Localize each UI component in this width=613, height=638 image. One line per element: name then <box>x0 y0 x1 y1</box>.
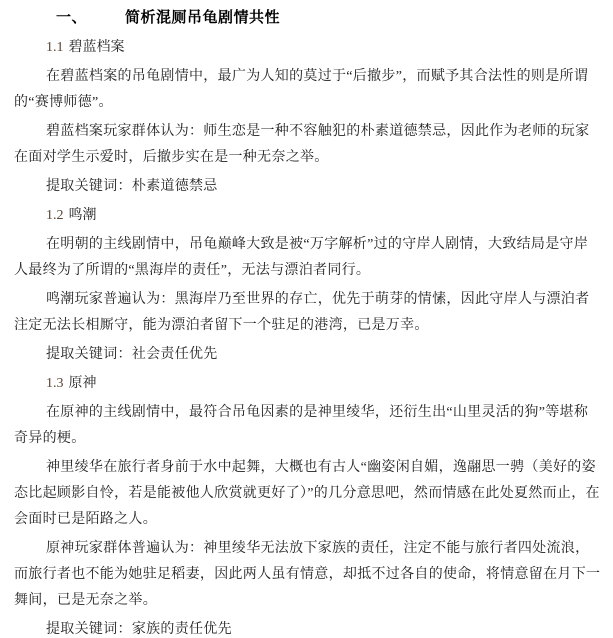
section-heading-mingchao: 1.2鸣潮 <box>14 203 601 229</box>
keyword-label: 提取关键词： <box>46 179 132 194</box>
section-heading-yuanshen: 1.3原神 <box>14 371 601 397</box>
paragraph: 在原神的主线剧情中，最符合吊龟因素的是神里绫华，还衍生出“山里灵活的狗”等堪称奇… <box>14 400 601 452</box>
section-number: 1.1 <box>46 40 64 55</box>
keyword-value: 朴素道德禁忌 <box>132 179 218 194</box>
keyword-line: 提取关键词：朴素道德禁忌 <box>14 174 601 200</box>
keyword-label: 提取关键词： <box>46 347 132 362</box>
document-heading: 一、简析混厕吊龟剧情共性 <box>14 5 601 31</box>
document-page: 一、简析混厕吊龟剧情共性 1.1碧蓝档案 在碧蓝档案的吊龟剧情中，最广为人知的莫… <box>0 0 613 638</box>
keyword-label: 提取关键词： <box>46 622 132 637</box>
document-heading-text: 简析混厕吊龟剧情共性 <box>125 10 280 26</box>
keyword-line: 提取关键词：社会责任优先 <box>14 342 601 368</box>
paragraph: 神里绫华在旅行者身前于水中起舞，大概也有古人“幽姿闲自媚，逸翮思一骋（美好的姿态… <box>14 455 601 533</box>
keyword-value: 社会责任优先 <box>132 347 218 362</box>
document-heading-number: 一、 <box>56 5 87 31</box>
paragraph: 在碧蓝档案的吊龟剧情中，最广为人知的莫过于“后撤步”，而赋予其合法性的则是所谓的… <box>14 64 601 116</box>
section-title: 原神 <box>69 376 97 391</box>
paragraph: 碧蓝档案玩家群体认为：师生恋是一种不容触犯的朴素道德禁忌，因此作为老师的玩家在面… <box>14 119 601 171</box>
section-title: 碧蓝档案 <box>69 40 125 55</box>
paragraph: 在明朝的主线剧情中，吊龟巅峰大致是被“万字解析”过的守岸人剧情，大致结局是守岸人… <box>14 232 601 284</box>
section-number: 1.3 <box>46 376 64 391</box>
section-title: 鸣潮 <box>69 208 97 223</box>
section-number: 1.2 <box>46 208 64 223</box>
section-heading-biliandangan: 1.1碧蓝档案 <box>14 35 601 61</box>
keyword-value: 家族的责任优先 <box>132 622 232 637</box>
keyword-line: 提取关键词：家族的责任优先 <box>14 617 601 638</box>
paragraph: 鸣潮玩家普遍认为：黑海岸乃至世界的存亡，优先于萌芽的情愫，因此守岸人与漂泊者注定… <box>14 287 601 339</box>
paragraph: 原神玩家群体普遍认为：神里绫华无法放下家族的责任，注定不能与旅行者四处流浪，而旅… <box>14 536 601 614</box>
